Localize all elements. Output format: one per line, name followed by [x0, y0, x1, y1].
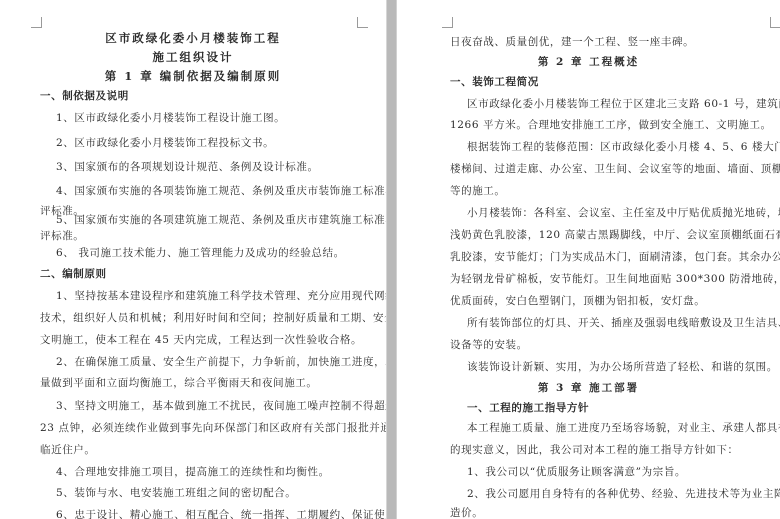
margin-corner-mark: [442, 17, 453, 28]
document-page-left: 区市政绿化委小月楼装饰工程 施工组织设计 第 1 章 编制依据及编制原则 一、制…: [0, 0, 386, 519]
paragraph-line: 4、国家颁布实施的各项装饰施工规范、条例及重庆市装饰施工标准、验: [56, 184, 386, 198]
margin-corner-mark: [770, 17, 780, 28]
paragraph-line: 为轻钢龙骨矿棉板，安节能灯。卫生间地面贴 300*300 防滑地砖，墙面满贴: [450, 272, 780, 286]
paragraph-line: 3、国家颁布的各项规划设计规范、条例及设计标准。: [56, 160, 319, 174]
section-heading: 一、制依据及说明: [40, 89, 129, 103]
paragraph-line: 浅奶黄色乳胶漆，120 高蒙古黑踢脚线，中厅、会议室顶棚纸面石膏板面刷: [450, 228, 780, 242]
paragraph-line: 6、 我司施工技术能力、施工管理能力及成功的经验总结。: [56, 246, 345, 260]
paragraph-line: 6、忠于设计、精心施工、相互配合、统一指挥、工期履约、保证使用、: [56, 508, 386, 519]
paragraph-line: 1、坚持按基本建设程序和建筑施工科学技术管理、充分应用现代网络: [56, 289, 386, 303]
chapter-3-heading: 第 3 章 施工部署: [397, 381, 780, 395]
section-heading: 一、装饰工程简况: [450, 75, 539, 89]
paragraph-line: 4、合理地安排施工项目，提高施工的连续性和均衡性。: [56, 465, 330, 479]
page-separator: [386, 0, 397, 519]
paragraph-line: 该装饰设计新颖、实用，为办公场所营造了轻松、和谐的氛围。: [467, 360, 778, 374]
document-subtitle: 施工组织设计: [0, 50, 386, 64]
paragraph-line: 5、国家颁布实施的各项建筑施工规范、条例及重庆市建筑施工标准、验: [56, 213, 386, 227]
document-page-right: 日夜奋战、质量创优，建一个工程、竖一座丰碑。 第 2 章 工程概述 一、装饰工程…: [397, 0, 780, 519]
paragraph-line: 的现实意义，因此，我公司对本工程的施工指导方针如下：: [450, 443, 739, 457]
paragraph-line: 造价。: [450, 506, 483, 519]
paragraph-line: 小月楼装饰：各科室、会议室、主任室及中厅贴优质抛光地砖，墙面刷: [467, 206, 780, 220]
margin-corner-mark: [357, 17, 368, 28]
paragraph-line: 1266 平方米。合理地安排施工工序，做到安全施工、文明施工。: [450, 118, 772, 132]
paragraph-line: 根据装饰工程的装修范围：区市政绿化委小月楼 4、5、6 楼大门、门厅: [467, 140, 780, 154]
paragraph-line: 本工程施工质量、施工进度乃至场容场貌，对业主、承建人都具有重要: [467, 421, 780, 435]
section-heading: 二、编制原则: [40, 267, 107, 281]
chapter-1-heading: 第 1 章 编制依据及编制原则: [0, 69, 386, 83]
paragraph-line: 2、我公司愿用自身特有的各种优势、经验、先进技术等为业主降低工程: [467, 487, 780, 501]
paragraph-line: 技术，组织好人员和机械；利用好时间和空间；控制好质量和工期、安全和: [40, 311, 386, 325]
paragraph-line: 临近住户。: [40, 443, 96, 457]
paragraph-line: 日夜奋战、质量创优，建一个工程、竖一座丰碑。: [450, 35, 694, 49]
paragraph-line: 评标准。: [40, 229, 84, 243]
paragraph-line: 1、区市政绿化委小月楼装饰工程设计施工图。: [56, 111, 285, 125]
paragraph-line: 区市政绿化委小月楼装饰工程位于区建北三支路 60-1 号，建筑面积约为: [467, 97, 780, 111]
chapter-2-heading: 第 2 章 工程概述: [397, 55, 780, 69]
paragraph-line: 2、在确保施工质量、安全生产前提下，力争斩前，加快施工进度，尽: [56, 355, 386, 369]
document-title: 区市政绿化委小月楼装饰工程: [0, 31, 386, 45]
paragraph-line: 3、坚持文明施工，基本做到施工不扰民，夜间施工噪声控制不得超过: [56, 399, 386, 413]
paragraph-line: 文明施工，使本工程在 45 天内完成，工程达到一次性验收合格。: [40, 333, 362, 347]
paragraph-line: 等的施工。: [450, 184, 506, 198]
paragraph-line: 2、区市政绿化委小月楼装饰工程投标文书。: [56, 136, 274, 150]
paragraph-line: 优质面砖，安白色塑钢门，顶棚为铝扣板，安灯盘。: [450, 294, 705, 308]
paragraph-line: 所有装饰部位的灯具、开关、插座及强弱电线暗敷设及卫生洁具、通风: [467, 316, 780, 330]
paragraph-line: 5、装饰与水、电安装施工班组之间的密切配合。: [56, 486, 296, 500]
paragraph-line: 乳胶漆，安节能灯；门为实成品木门，面刷清漆，包门套。其余办公室顶棚: [450, 250, 780, 264]
margin-corner-mark: [31, 17, 42, 28]
paragraph-line: 23 点钟，必须连续作业做到事先向环保部门和区政府有关部门报批并通告: [40, 421, 386, 435]
paragraph-line: 设备等的安装。: [450, 338, 528, 352]
paragraph-line: 楼梯间、过道走廊、办公室、卫生间、会议室等的地面、墙面、顶棚、窗帘: [450, 162, 780, 176]
paragraph-line: 量做到平面和立面均衡施工，综合平衡雨天和夜间施工。: [40, 376, 318, 390]
paragraph-line: 1、我公司以“优质服务让顾客满意”为宗旨。: [467, 465, 686, 479]
section-heading: 一、工程的施工指导方针: [467, 401, 589, 415]
